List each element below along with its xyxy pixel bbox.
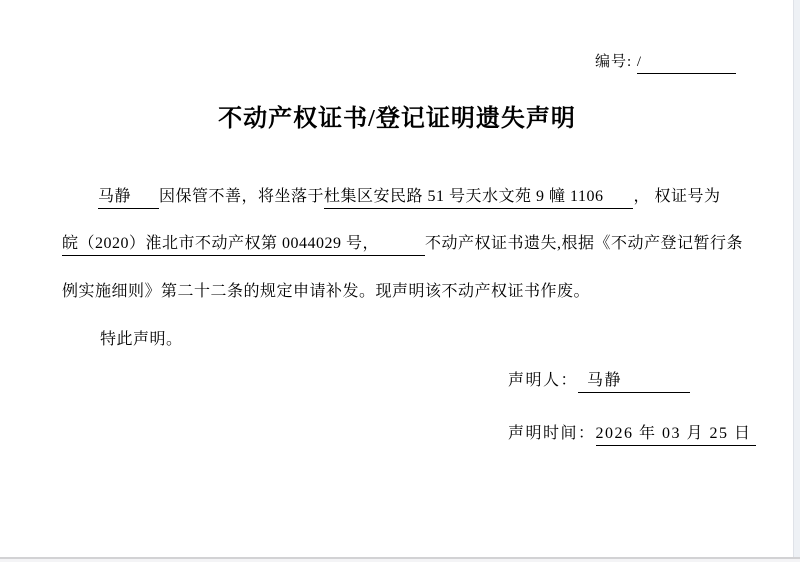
declaration-date-label: 声明时间： xyxy=(508,425,596,442)
serial-number: 编号: / xyxy=(595,50,736,71)
declarant-label: 声明人： xyxy=(508,372,578,389)
statement-closing: 特此声明。 xyxy=(62,326,752,349)
declaration-date-line: 声明时间：2026 年 03 月 25 日 xyxy=(508,420,756,443)
serial-number-label: 编号: xyxy=(595,54,632,70)
page-bottom-edge xyxy=(0,557,800,562)
document-title: 不动产权证书/登记证明遗失声明 xyxy=(0,98,794,133)
declaration-date-field: 2026 年 03 月 25 日 xyxy=(596,425,756,446)
declarant-signature-line: 声明人：马静 xyxy=(508,367,690,390)
declarant-signature-field: 马静 xyxy=(578,372,690,393)
loss-declaration-document: 编号: / 不动产权证书/登记证明遗失声明 马静因保管不善，将坐落于杜集区安民路… xyxy=(0,0,800,562)
statement-line-1: 马静因保管不善，将坐落于杜集区安民路 51 号天水文苑 9 幢 1106， 权证… xyxy=(62,183,752,206)
closing-text: 特此声明。 xyxy=(100,331,183,348)
statement-text: ， 权证号为 xyxy=(633,188,720,205)
page-right-edge xyxy=(793,0,800,557)
statement-text: 不动产权证书遗失,根据《不动产登记暂行条 xyxy=(425,235,743,252)
declarant-name-field: 马静 xyxy=(98,188,159,209)
serial-number-field: / xyxy=(637,54,736,74)
statement-text: 因保管不善，将坐落于 xyxy=(159,188,324,205)
certificate-number-field: 皖（2020）淮北市不动产权第 0044029 号， xyxy=(62,235,425,256)
statement-text: 例实施细则》第二十二条的规定申请补发。现声明该不动产权证书作废。 xyxy=(62,283,590,300)
statement-line-3: 例实施细则》第二十二条的规定申请补发。现声明该不动产权证书作废。 xyxy=(62,278,752,301)
statement-line-2: 皖（2020）淮北市不动产权第 0044029 号，不动产权证书遗失,根据《不动… xyxy=(62,230,752,253)
property-address-field: 杜集区安民路 51 号天水文苑 9 幢 1106 xyxy=(324,188,633,209)
